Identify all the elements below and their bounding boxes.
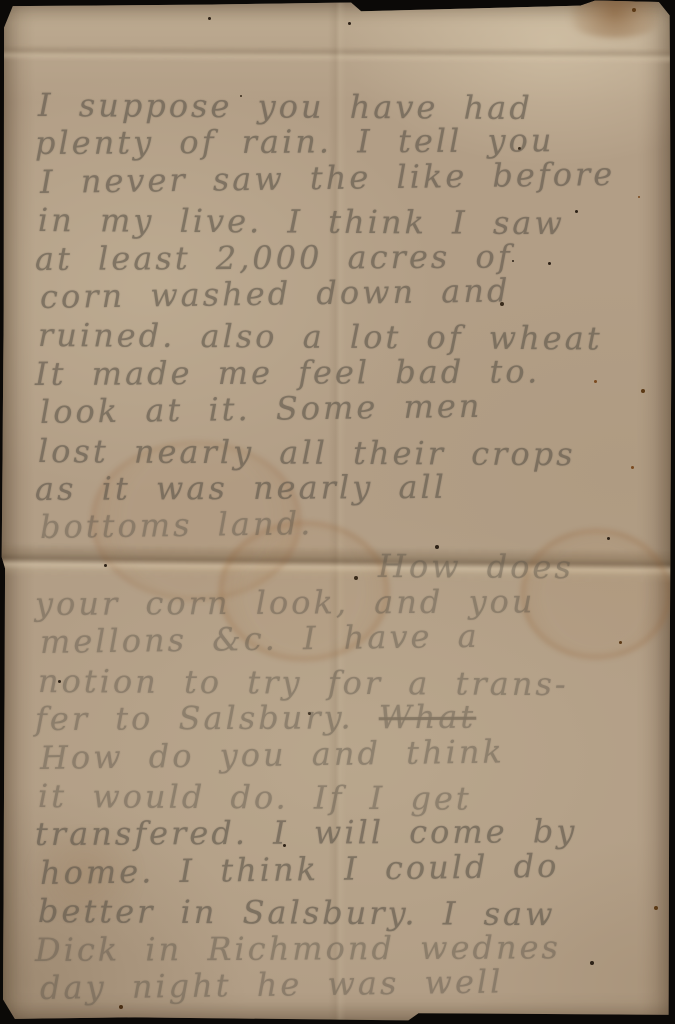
letter-line: day night he was well [40,960,671,1007]
letter-line: I never saw the like before [40,154,671,201]
letter-line-text: it would do. If I get [38,777,472,818]
letter-line-text: look at it. Some men [40,387,483,431]
scanned-letter: I suppose you have hadplenty of rain. I … [0,0,675,1024]
letter-line-text: How does [378,547,574,586]
letter-line-text: lost nearly all their crops [38,432,576,473]
letter-line-text: How do you and think [40,732,505,776]
letter-text: I suppose you have hadplenty of rain. I … [38,86,669,1024]
letter-line-text: fer to Salsbury. [35,698,379,738]
stain-speck [348,22,351,25]
letter-line-text: in my live. I think I saw [38,201,565,242]
strikethrough-word: What [379,698,477,737]
letter-line-text: mellons &c. I have a [40,617,480,661]
letter-line: home. I think I could do [40,845,671,892]
stain-speck [208,17,211,20]
letter-line-text: day night he was well [40,962,504,1006]
stain-speck [632,8,636,12]
letter-line-text: corn washed down and [40,271,511,316]
letter-line: corn washed down and [40,269,671,316]
letter-line: How does [378,547,669,587]
stain-top-right [560,0,670,38]
letter-line-text: as it was nearly all [35,468,447,508]
letter-line-text: bottoms land. [40,504,314,546]
letter-line-text: I never saw the like before [40,155,616,201]
letter-line: bottoms land. [40,499,671,546]
letter-paper: I suppose you have hadplenty of rain. I … [0,0,675,1024]
letter-line: look at it. Some men [40,384,671,431]
letter-line: mellons &c. I have a [40,615,671,662]
letter-line-text: better in Salsbury. I saw [38,892,556,933]
letter-line-text: home. I think I could do [40,847,560,892]
letter-line: How do you and think [40,730,671,777]
